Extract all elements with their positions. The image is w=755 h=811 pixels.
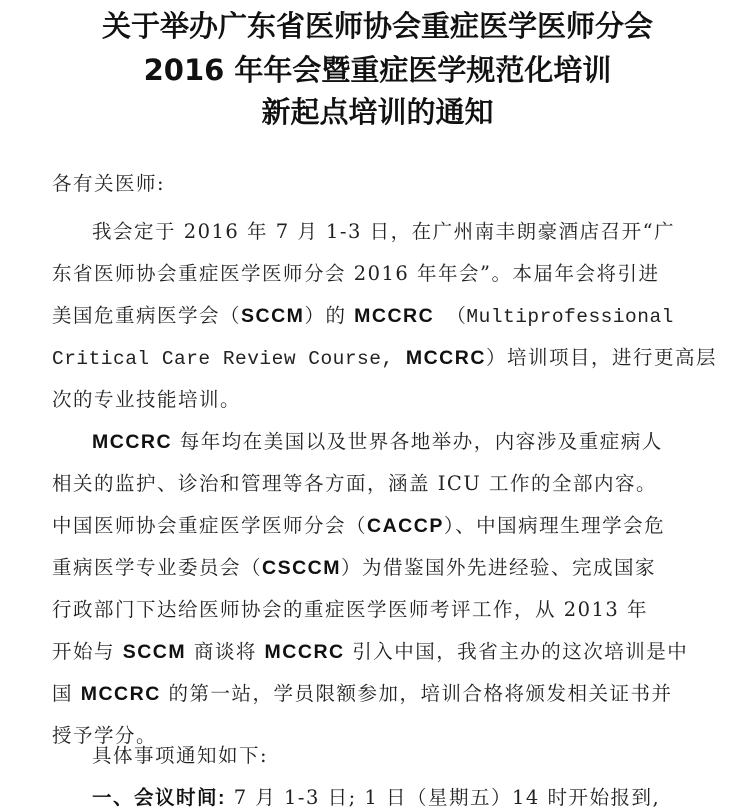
para2-line2: 相关的监护、诊治和管理等各方面，涵盖 ICU 工作的全部内容。	[52, 468, 742, 496]
text: ）为借鉴国外先进经验、完成国家	[341, 556, 656, 579]
abbr-mccrc: MCCRC	[265, 641, 345, 663]
text: （Multiprofessional	[434, 306, 674, 328]
text: 美国危重病医学会（	[52, 304, 241, 327]
para2-line7: 国 MCCRC 的第一站，学员限额参加，培训合格将颁发相关证书并	[52, 678, 742, 706]
title-line-1: 关于举办广东省医师协会重症医学医师分会	[0, 4, 755, 45]
text: 国	[52, 682, 81, 705]
text: 每年均在美国以及世界各地举办，内容涉及重症病人	[172, 430, 663, 453]
abbr-mccrc: MCCRC	[354, 305, 434, 327]
abbr-mccrc: MCCRC	[81, 683, 161, 705]
text: ）、中国病理生理学会危	[444, 514, 665, 537]
text: ）的	[304, 304, 354, 327]
text: 重病医学专业委员会（	[52, 556, 262, 579]
title-line-2: 2016 年年会暨重症医学规范化培训	[0, 48, 755, 89]
para2-line5: 行政部门下达给医师协会的重症医学医师考评工作，从 2013 年	[52, 594, 742, 622]
text: 的第一站，学员限额参加，培训合格将颁发相关证书并	[161, 682, 673, 705]
para2-line3: 中国医师协会重症医学医师分会（CACCP）、中国病理生理学会危	[52, 510, 742, 538]
title-line-3: 新起点培训的通知	[0, 90, 755, 131]
para1-line4: Critical Care Review Course, MCCRC）培训项目，…	[52, 342, 742, 370]
para2-line4: 重病医学专业委员会（CSCCM）为借鉴国外先进经验、完成国家	[52, 552, 742, 580]
para2-line1: MCCRC 每年均在美国以及世界各地举办，内容涉及重症病人	[92, 426, 755, 454]
para1-line5: 次的专业技能培训。	[52, 384, 742, 412]
text: 开始与	[52, 640, 123, 663]
item-1: 一、会议时间: 7 月 1-3 日; 1 日（星期五）14 时开始报到,	[92, 782, 755, 810]
item-1-label: 一、会议时间:	[92, 787, 226, 809]
abbr-sccm: SCCM	[241, 305, 304, 327]
para1-line2: 东省医师协会重症医学医师分会 2016 年年会”。本届年会将引进	[52, 258, 742, 286]
abbr-csccm: CSCCM	[262, 557, 341, 579]
text: ）培训项目，进行更高层	[486, 346, 717, 369]
item-1-text: 7 月 1-3 日; 1 日（星期五）14 时开始报到,	[226, 786, 660, 809]
text: 引入中国，我省主办的这次培训是中	[345, 640, 689, 663]
abbr-caccp: CACCP	[367, 515, 444, 537]
abbr-mccrc: MCCRC	[92, 431, 172, 453]
salutation: 各有关医师:	[52, 168, 742, 196]
text: 中国医师协会重症医学医师分会（	[52, 514, 367, 537]
text: 商谈将	[186, 640, 264, 663]
para1-line1: 我会定于 2016 年 7 月 1-3 日，在广州南丰朗豪酒店召开“广	[92, 216, 755, 244]
items-intro: 具体事项通知如下:	[92, 740, 755, 768]
para2-line6: 开始与 SCCM 商谈将 MCCRC 引入中国，我省主办的这次培训是中	[52, 636, 742, 664]
abbr-mccrc: MCCRC	[406, 347, 486, 369]
text: Critical Care Review Course,	[52, 348, 406, 370]
abbr-sccm: SCCM	[123, 641, 186, 663]
para1-line3: 美国危重病医学会（SCCM）的 MCCRC （Multiprofessional	[52, 300, 742, 328]
